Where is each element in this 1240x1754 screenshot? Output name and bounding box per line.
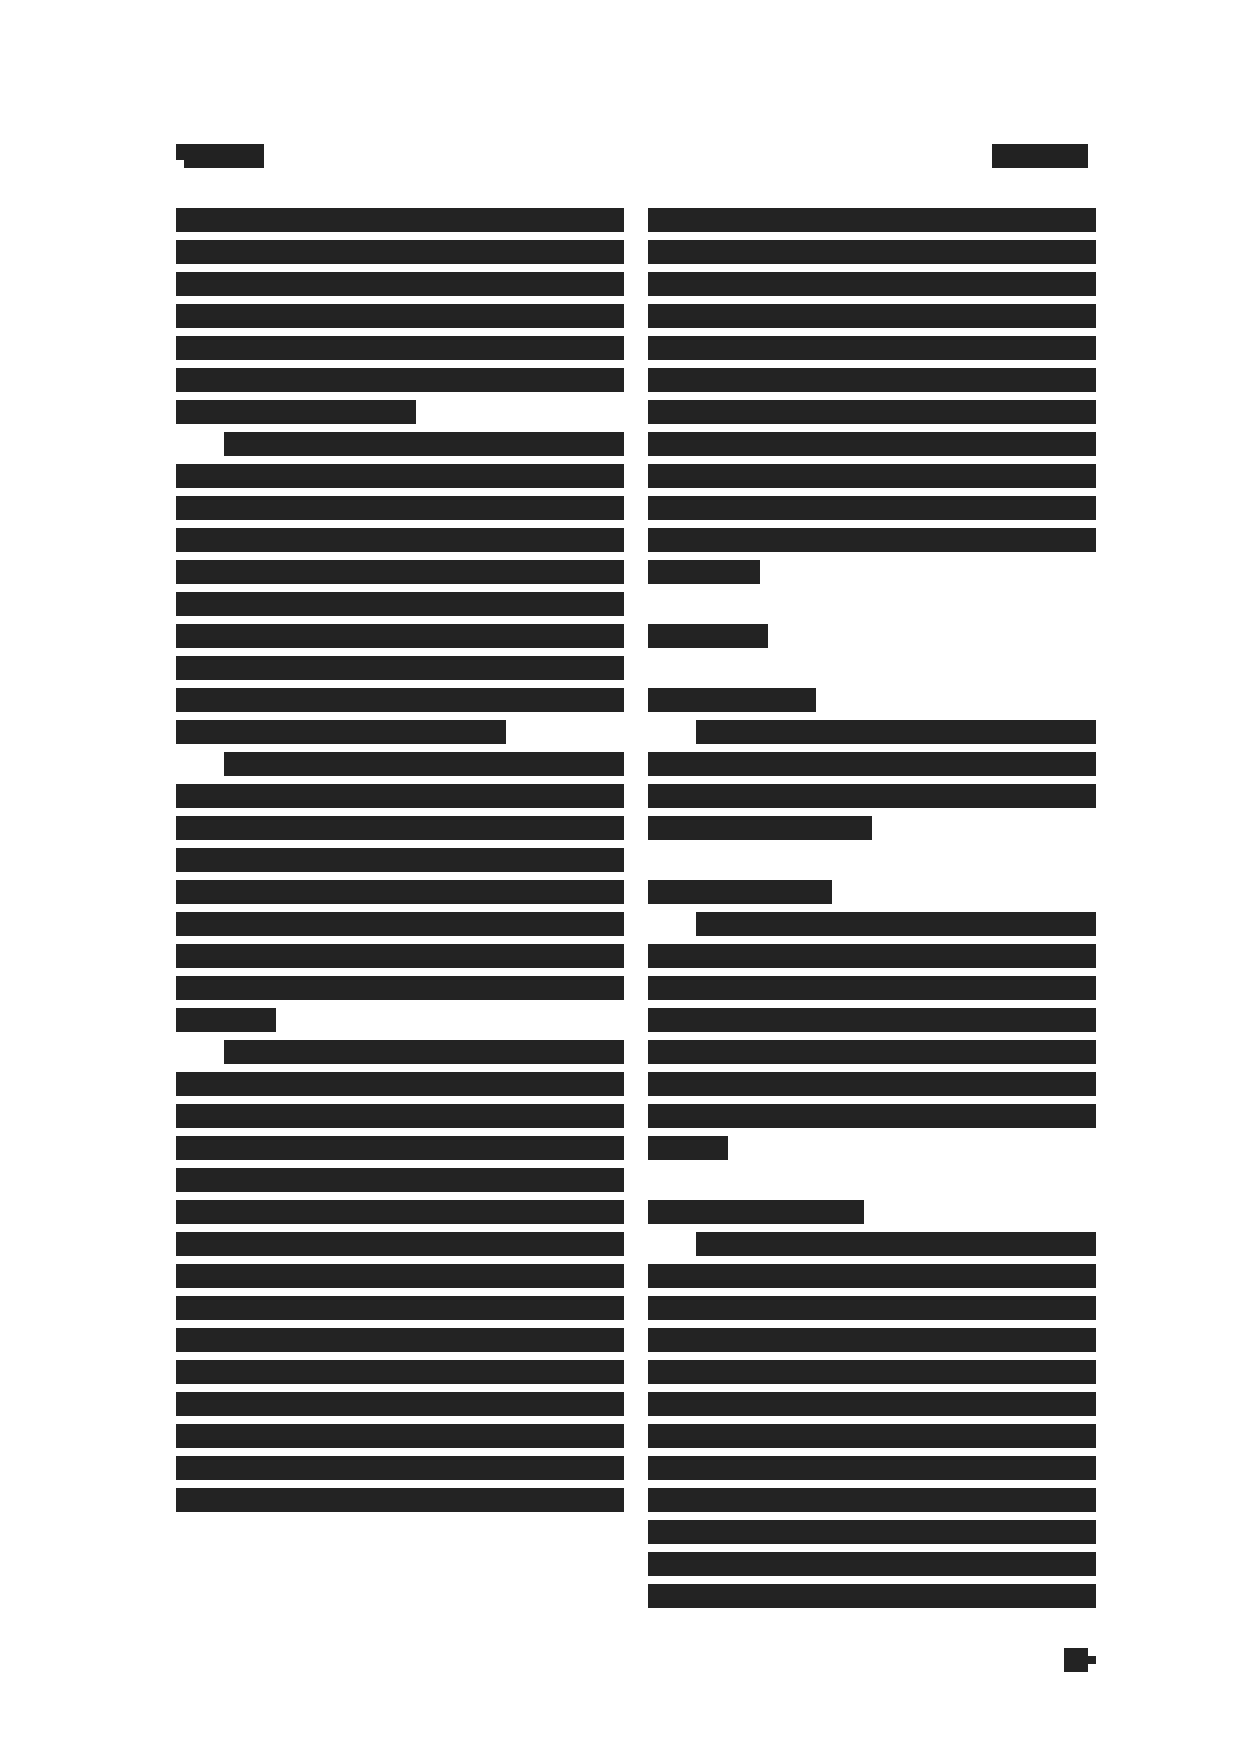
text-line-redacted <box>176 208 624 232</box>
text-line-redacted <box>176 1392 624 1416</box>
text-line-redacted <box>648 496 1096 520</box>
text-line-redacted <box>176 848 624 872</box>
text-line-redacted <box>648 1424 1096 1448</box>
section-gap <box>648 848 1096 880</box>
text-line-redacted <box>176 304 624 328</box>
text-line-redacted <box>176 1232 624 1256</box>
text-line-redacted <box>648 1456 1096 1480</box>
text-line-redacted <box>176 624 624 648</box>
text-line-redacted <box>648 1520 1096 1544</box>
text-line-redacted <box>176 1168 624 1192</box>
text-line-redacted <box>176 400 624 424</box>
text-line-redacted <box>176 240 624 264</box>
text-line-redacted <box>176 464 624 488</box>
section-heading-redacted <box>648 1200 1096 1224</box>
text-line-redacted <box>648 272 1096 296</box>
text-line-redacted <box>648 240 1096 264</box>
text-line-redacted <box>176 752 624 776</box>
text-line-redacted <box>648 1136 1096 1160</box>
text-line-redacted <box>648 528 1096 552</box>
text-line-redacted <box>648 1296 1096 1320</box>
text-line-redacted <box>648 1360 1096 1384</box>
text-line-redacted <box>176 272 624 296</box>
text-line-redacted <box>176 1360 624 1384</box>
text-line-redacted <box>648 560 1096 584</box>
text-line-redacted <box>648 464 1096 488</box>
text-line-redacted <box>176 1296 624 1320</box>
text-line-redacted <box>176 1264 624 1288</box>
text-line-redacted <box>176 432 624 456</box>
text-line-redacted <box>176 976 624 1000</box>
section-heading-redacted <box>648 880 1096 904</box>
text-line-redacted <box>648 944 1096 968</box>
text-line-redacted <box>648 432 1096 456</box>
section-gap <box>648 592 1096 624</box>
text-line-redacted <box>176 688 624 712</box>
text-line-redacted <box>648 784 1096 808</box>
text-line-redacted <box>176 944 624 968</box>
text-line-redacted <box>648 1232 1096 1256</box>
text-line-redacted <box>176 1424 624 1448</box>
text-line-redacted <box>648 1040 1096 1064</box>
text-line-redacted <box>648 1264 1096 1288</box>
text-line-redacted <box>176 912 624 936</box>
text-line-redacted <box>176 496 624 520</box>
text-line-redacted <box>176 1072 624 1096</box>
text-line-redacted <box>648 816 1096 840</box>
text-line-redacted <box>176 816 624 840</box>
text-line-redacted <box>648 304 1096 328</box>
text-line-redacted <box>176 336 624 360</box>
text-line-redacted <box>176 784 624 808</box>
text-line-redacted <box>176 368 624 392</box>
text-line-redacted <box>176 1328 624 1352</box>
text-line-redacted <box>648 368 1096 392</box>
text-line-redacted <box>648 1488 1096 1512</box>
text-line-redacted <box>648 1584 1096 1608</box>
running-head-right <box>992 144 1088 168</box>
text-line-redacted <box>176 720 624 744</box>
text-line-redacted <box>176 880 624 904</box>
text-line-redacted <box>648 1392 1096 1416</box>
text-line-redacted <box>648 1552 1096 1576</box>
text-line-redacted <box>176 1456 624 1480</box>
text-line-redacted <box>176 528 624 552</box>
text-line-redacted <box>648 208 1096 232</box>
section-heading-redacted <box>648 624 1096 648</box>
text-line-redacted <box>176 1008 624 1032</box>
text-line-redacted <box>648 1072 1096 1096</box>
right-column <box>648 208 1096 1616</box>
left-column <box>176 208 624 1520</box>
text-line-redacted <box>176 1136 624 1160</box>
text-line-redacted <box>176 1104 624 1128</box>
paper-page <box>0 0 1240 1754</box>
section-heading-redacted <box>648 688 1096 712</box>
text-line-redacted <box>176 560 624 584</box>
section-gap <box>648 1168 1096 1200</box>
text-line-redacted <box>648 912 1096 936</box>
text-line-redacted <box>648 752 1096 776</box>
text-line-redacted <box>648 1008 1096 1032</box>
page-number <box>1064 1648 1088 1672</box>
text-line-redacted <box>176 1040 624 1064</box>
section-gap <box>648 656 1096 688</box>
text-line-redacted <box>648 400 1096 424</box>
text-line-redacted <box>648 1104 1096 1128</box>
text-line-redacted <box>648 336 1096 360</box>
text-line-redacted <box>176 1200 624 1224</box>
text-line-redacted <box>648 1328 1096 1352</box>
text-line-redacted <box>176 592 624 616</box>
text-line-redacted <box>648 720 1096 744</box>
running-head-left <box>176 144 264 168</box>
text-line-redacted <box>648 976 1096 1000</box>
text-line-redacted <box>176 1488 624 1512</box>
text-line-redacted <box>176 656 624 680</box>
